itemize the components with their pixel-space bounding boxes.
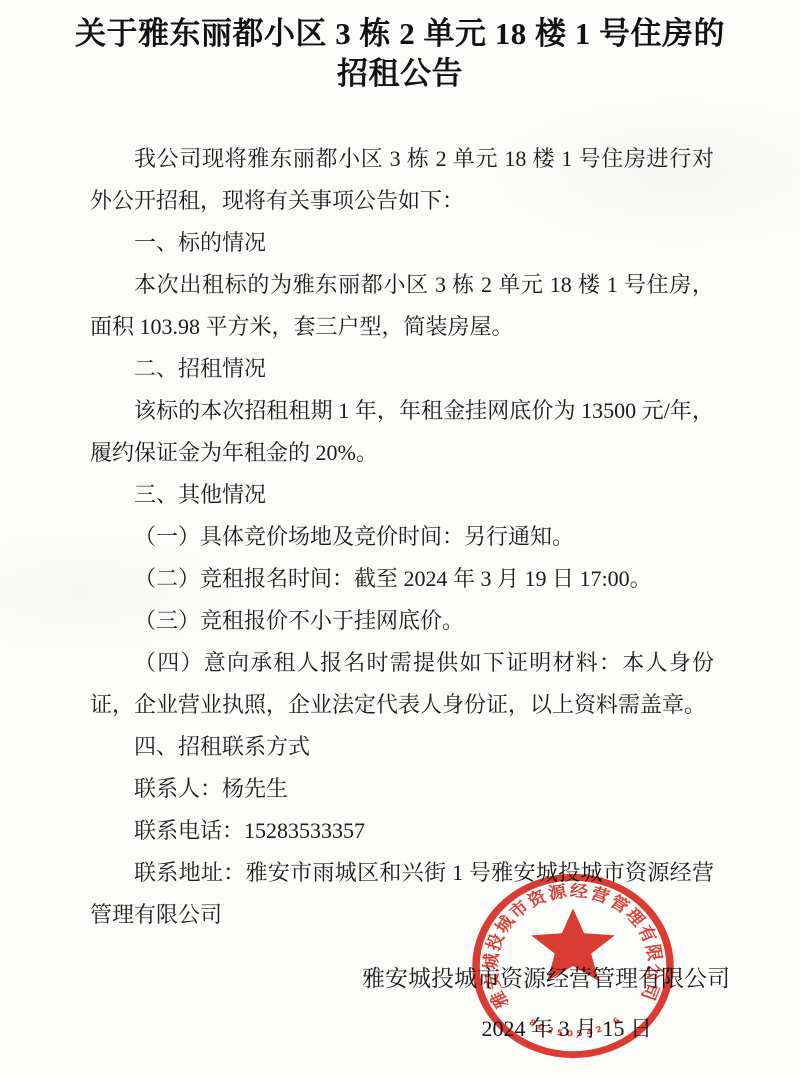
item-signup-deadline: （二）竞租报名时间：截至 2024 年 3 月 19 日 17:00。 — [90, 558, 714, 600]
signature-block: 雅安城投城市资源经营管理有限公司 2024 年 3 月 15 日 — [0, 964, 800, 1044]
announcement-page: 关于雅东丽都小区 3 栋 2 单元 18 楼 1 号住房的招租公告 我公司现将雅… — [0, 0, 800, 1077]
contact-phone: 联系电话：15283533357 — [90, 810, 714, 852]
contact-person: 联系人：杨先生 — [90, 768, 714, 810]
signature-company-name: 雅安城投城市资源经营管理有限公司 — [0, 964, 800, 994]
signature-date: 2024 年 3 月 15 日 — [0, 1014, 800, 1044]
heading-section-2: 二、招租情况 — [90, 348, 714, 390]
page-title: 关于雅东丽都小区 3 栋 2 单元 18 楼 1 号住房的招租公告 — [60, 14, 740, 94]
item-minimum-bid: （三）竞租报价不小于挂网底价。 — [90, 600, 714, 642]
contact-address: 联系地址：雅安市雨城区和兴街 1 号雅安城投城市资源经营管理有限公司 — [90, 852, 714, 936]
paragraph-intro: 我公司现将雅东丽都小区 3 栋 2 单元 18 楼 1 号住房进行对外公开招租，… — [90, 138, 714, 222]
heading-section-4: 四、招租联系方式 — [90, 726, 714, 768]
paragraph-lease-terms: 该标的本次招租租期 1 年，年租金挂网底价为 13500 元/年，履约保证金为年… — [90, 390, 714, 474]
item-required-documents: （四）意向承租人报名时需提供如下证明材料：本人身份证，企业营业执照，企业法定代表… — [90, 642, 714, 726]
item-bidding-venue: （一）具体竞价场地及竞价时间：另行通知。 — [90, 516, 714, 558]
heading-section-3: 三、其他情况 — [90, 474, 714, 516]
heading-section-1: 一、标的情况 — [90, 222, 714, 264]
document-body: 我公司现将雅东丽都小区 3 栋 2 单元 18 楼 1 号住房进行对外公开招租，… — [0, 138, 800, 936]
paragraph-subject: 本次出租标的为雅东丽都小区 3 栋 2 单元 18 楼 1 号住房，面积 103… — [90, 264, 714, 348]
